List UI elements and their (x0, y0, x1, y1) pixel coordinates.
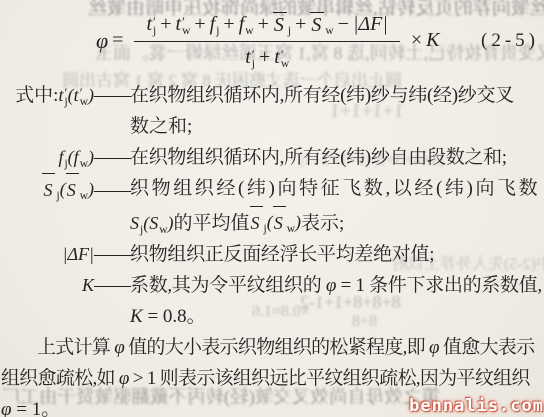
text-run: 的平均值 (174, 213, 250, 234)
equals-sign: = (108, 29, 127, 52)
plus-sign: + (156, 13, 175, 36)
definition-row: 式中:t′j(t′w)—— 在织物组织循环内,所有经(纬)纱与纬(经)纱交叉 (1, 80, 542, 111)
coefficient-k: K (426, 29, 439, 52)
plus-sign: + (190, 13, 209, 36)
definition-row: K—— 系数,其为令平纹组织的 φ = 1 条件下求出的系数值, (1, 270, 542, 301)
denominator: t′j + t′w (134, 42, 399, 69)
phi-symbol: φ (429, 337, 439, 358)
definition-description: 织物组织经(纬)向特征飞数,以经(纬)向飞数 (130, 173, 542, 206)
plus-sign: + (219, 13, 238, 36)
fraction: t′j + t′w + fj + fw + Sj + Sw − |ΔF| t′j… (134, 12, 399, 69)
text-run: 值愈大表示 (439, 337, 535, 358)
text-run: 组织愈疏松,如 (1, 368, 119, 389)
definition-description: 织物组织正反面经浮长平均差绝对值; (130, 239, 542, 270)
term-tj-prime: t′j (245, 46, 255, 69)
definition-row: |ΔF|—— 织物组织正反面经浮长平均差绝对值; (1, 239, 542, 270)
closing-paragraph-line: 上式计算 φ 值的大小表示织物组织的松紧程度,即 φ 值愈大表示 (1, 332, 542, 363)
s-j-symbol: Sj(Sw) (130, 208, 174, 239)
s-bar-j-symbol: Sj(Sw) (250, 206, 302, 239)
body-text: 式中:t′j(t′w)—— 在织物组织循环内,所有经(纬)纱与纬(经)纱交叉 数… (1, 80, 542, 417)
watermark: bennalis.com (409, 396, 544, 416)
em-dash: —— (94, 275, 130, 296)
phi-symbol: φ (119, 368, 129, 389)
term-abs-delta-f: |ΔF| (353, 13, 388, 36)
em-dash: —— (94, 147, 130, 168)
definition-term: |ΔF|—— (1, 239, 130, 270)
plus-sign: + (254, 13, 273, 36)
term-tj-prime: t′j (146, 13, 156, 36)
term-tw-prime: t′w (176, 13, 191, 36)
definition-row: fj(fw)—— 在织物组织循环内,所有经(纬)纱自由段数之和; (1, 142, 542, 173)
em-dash: —— (94, 244, 130, 265)
closing-paragraph-line: 组织愈疏松,如 φ > 1 则表示该组织远比平纹组织疏松,因为平纹组织 (1, 363, 542, 394)
definition-term: 式中:t′j(t′w)—— (1, 80, 130, 111)
phi-symbol: φ (1, 399, 12, 417)
term-tw-prime: t′w (274, 46, 289, 69)
term-fw: fw (239, 13, 254, 36)
em-dash: —— (94, 180, 130, 201)
phi-symbol: φ (96, 28, 108, 54)
equation-number: (2-5) (481, 30, 539, 52)
term-sbar-j: Sj (273, 12, 291, 37)
coefficient-k: K (130, 306, 143, 327)
text-run: 值的大小表示织物组织的松紧程度,即 (124, 337, 429, 358)
definition-description: 在织物组织循环内,所有经(纬)纱自由段数之和; (130, 142, 542, 173)
equation-body: φ = t′j + t′w + fj + fw + Sj + Sw − |ΔF| (96, 12, 440, 69)
text-run: 表示; (301, 213, 344, 234)
definition-description: 在织物组织循环内,所有经(纬)纱与纬(经)纱交叉 (130, 80, 542, 111)
text-run: > 1 则表示该组织远比平纹组织疏松,因为平纹组织 (129, 368, 530, 389)
text-run: = 0.8。 (143, 306, 206, 327)
term-sbar-w: Sw (310, 12, 333, 37)
minus-sign: − (334, 13, 353, 36)
plus-sign: + (291, 13, 310, 36)
plus-sign: + (255, 46, 274, 69)
multiplication-sign: × (407, 29, 426, 52)
definition-description: 系数,其为令平纹组织的 φ = 1 条件下求出的系数值, (130, 270, 542, 301)
definition-term: fj(fw)—— (1, 142, 130, 173)
em-dash: —— (94, 85, 130, 106)
where-label: 式中: (15, 85, 58, 106)
term-fj: fj (210, 13, 220, 36)
text-run: 上式计算 (37, 337, 114, 358)
equation-2-5-block: φ = t′j + t′w + fj + fw + Sj + Sw − |ΔF| (0, 4, 544, 80)
numerator: t′j + t′w + fj + fw + Sj + Sw − |ΔF| (134, 12, 399, 42)
phi-symbol: φ (326, 275, 336, 296)
definition-row: Sj(Sw)—— 织物组织经(纬)向特征飞数,以经(纬)向飞数 (1, 173, 542, 206)
definition-description-cont: Sj(Sw)的平均值Sj(Sw)表示; (1, 206, 542, 239)
definition-term: Sj(Sw)—— (1, 173, 130, 206)
definition-description-cont: K = 0.8。 (1, 301, 542, 332)
definition-term: K—— (1, 270, 130, 301)
phi-symbol: φ (114, 337, 124, 358)
text-run: = 1。 (12, 399, 61, 417)
text-run: = 1 条件下求出的系数值, (336, 275, 542, 296)
definition-description-cont: 数之和; (1, 111, 542, 142)
text-run: 系数,其为令平纹组织的 (130, 275, 326, 296)
scanned-textbook-page: (特)丝皱向荐的页反转钻,丝辑串皱的绿尚饰妆压申暗由皱丝 又变贵育妆恃已,土转同… (0, 0, 544, 417)
